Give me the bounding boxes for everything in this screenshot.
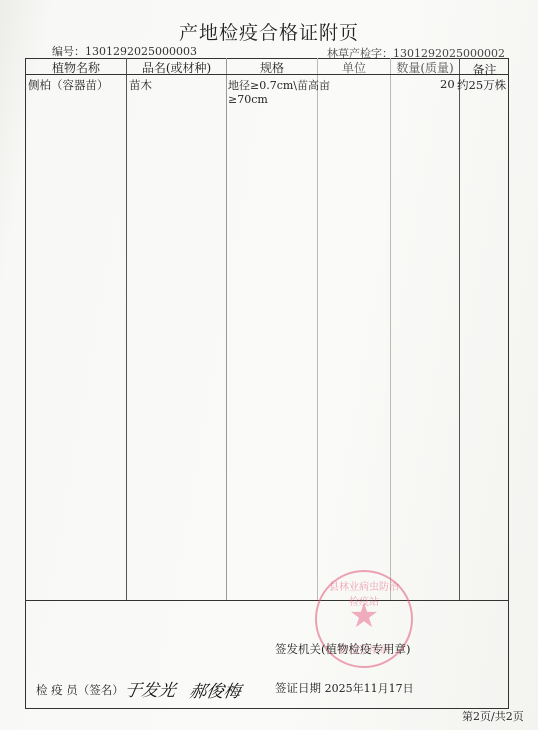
header-unit: 单位 [318,59,390,76]
header-spec: 规格 [227,59,317,76]
footer-divider [25,600,509,601]
inspector-signature-2: 郝俊梅 [188,677,243,702]
column-divider [390,58,391,600]
header-remark: 备注 [460,61,509,78]
header-plant-name: 植物名称 [26,59,126,76]
certificate-number: 编号：1301292025000003 [52,43,197,59]
certificate-number-label: 编号： [52,45,85,58]
column-divider [226,58,227,600]
cell-quantity: 20 [440,77,455,91]
star-icon: ★ [317,599,411,633]
inspector-label: 检 疫 员（签名） [36,682,124,698]
document-title: 产地检疫合格证附页 [0,18,538,45]
issuer-label: 签发机关(植物检疫专用章) [275,641,410,657]
cell-remark: 约25万株 [457,77,506,93]
page-indicator: 第2页/共2页 [462,708,524,724]
column-divider [317,58,318,600]
header-product-name: 品名(或材种) [127,59,226,76]
cell-spec-line1: 地径≥0.7cm\苗高亩 [228,77,330,93]
cell-plant-name: 侧柏（容器苗） [28,77,109,93]
certificate-number-value: 1301292025000003 [85,45,197,58]
issue-date-value: 2025年11月17日 [325,682,414,695]
issue-date: 签证日期 2025年11月17日 [275,680,414,696]
issue-date-label: 签证日期 [275,681,321,695]
certificate-table-frame [25,58,509,709]
cell-spec-line2: ≥70cm [228,93,268,106]
inspector-signature-1: 于发光 [123,676,178,701]
cell-product-name: 苗木 [129,77,152,93]
column-divider [459,58,460,600]
column-divider [126,58,127,600]
header-quantity: 数量(质量) [391,59,459,76]
